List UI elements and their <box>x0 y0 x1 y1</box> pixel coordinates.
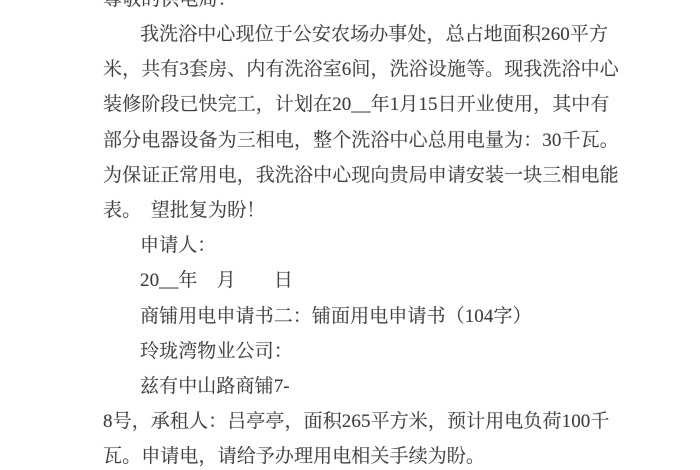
text-line: 尊敬的供电局： <box>103 0 237 11</box>
text-line: 部分电器设备为三相电，整个洗浴中心总用电量为：30千瓦。 <box>103 129 619 152</box>
text-line: 申请人： <box>140 234 216 257</box>
text-line: 为保证正常用电，我洗浴中心现向贵局申请安装一块三相电能 <box>103 164 619 187</box>
text-line: 8号，承租人：吕亭亭，面积265平方米，预计用电负荷100千 <box>103 410 610 433</box>
text-line: 玲珑湾物业公司： <box>140 340 293 363</box>
text-line: 我洗浴中心现位于公安农场办事处，总占地面积260平方 <box>140 23 608 46</box>
text-line: 米，共有3套房、内有洗浴室6间，洗浴设施等。现我洗浴中心 <box>103 58 619 81</box>
document-page: 尊敬的供电局：我洗浴中心现位于公安农场办事处，总占地面积260平方米，共有3套房… <box>0 0 700 470</box>
text-line: 表。 望批复为盼！ <box>103 199 265 222</box>
text-line: 兹有中山路商铺7- <box>140 375 290 398</box>
text-line: 装修阶段已快完工，计划在20__年1月15日开业使用，其中有 <box>103 93 610 116</box>
text-line: 20__年 月 日 <box>140 269 293 292</box>
document-text-block: 尊敬的供电局：我洗浴中心现位于公安农场办事处，总占地面积260平方米，共有3套房… <box>103 0 663 470</box>
text-line: 商铺用电申请书二：铺面用电申请书（104字） <box>140 305 532 328</box>
text-line: 瓦。申请电，请给予办理用电相关手续为盼。 <box>103 445 485 468</box>
